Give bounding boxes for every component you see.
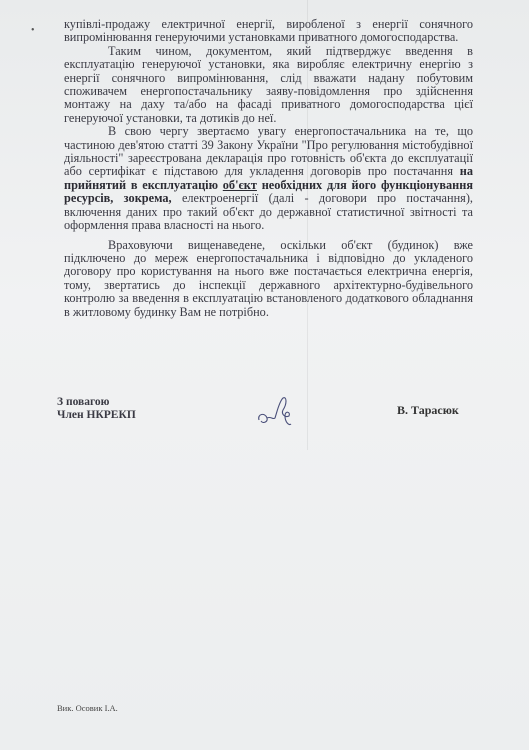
paragraph-legal-reference: В свою чергу звертаємо увагу енергопоста… — [64, 125, 473, 232]
signatory-name: В. Тарасюк — [397, 403, 459, 418]
scan-mark: • — [31, 25, 35, 36]
paragraph-continuation: купівлі-продажу електричної енергії, вир… — [64, 18, 473, 45]
paragraph-conclusion: Враховуючи вищенаведене, оскільки об'єкт… — [64, 239, 473, 319]
closing-text: З повагою — [57, 396, 136, 409]
document-page: • купівлі-продажу електричної енергії, в… — [0, 0, 529, 750]
executor-note: Вик. Осовик І.А. — [57, 703, 118, 713]
paragraph-confirmation-document: Таким чином, документом, який підтверджу… — [64, 45, 473, 125]
signature-block: З повагою Член НКРЕКП — [57, 396, 136, 422]
legal-text-part-1: В свою чергу звертаємо увагу енергопоста… — [64, 124, 473, 178]
position-title: Член НКРЕКП — [57, 409, 136, 422]
handwritten-signature-icon — [255, 394, 295, 428]
legal-bold-underlined: об'єкт — [223, 178, 257, 192]
document-body: купівлі-продажу електричної енергії, вир… — [64, 18, 473, 319]
